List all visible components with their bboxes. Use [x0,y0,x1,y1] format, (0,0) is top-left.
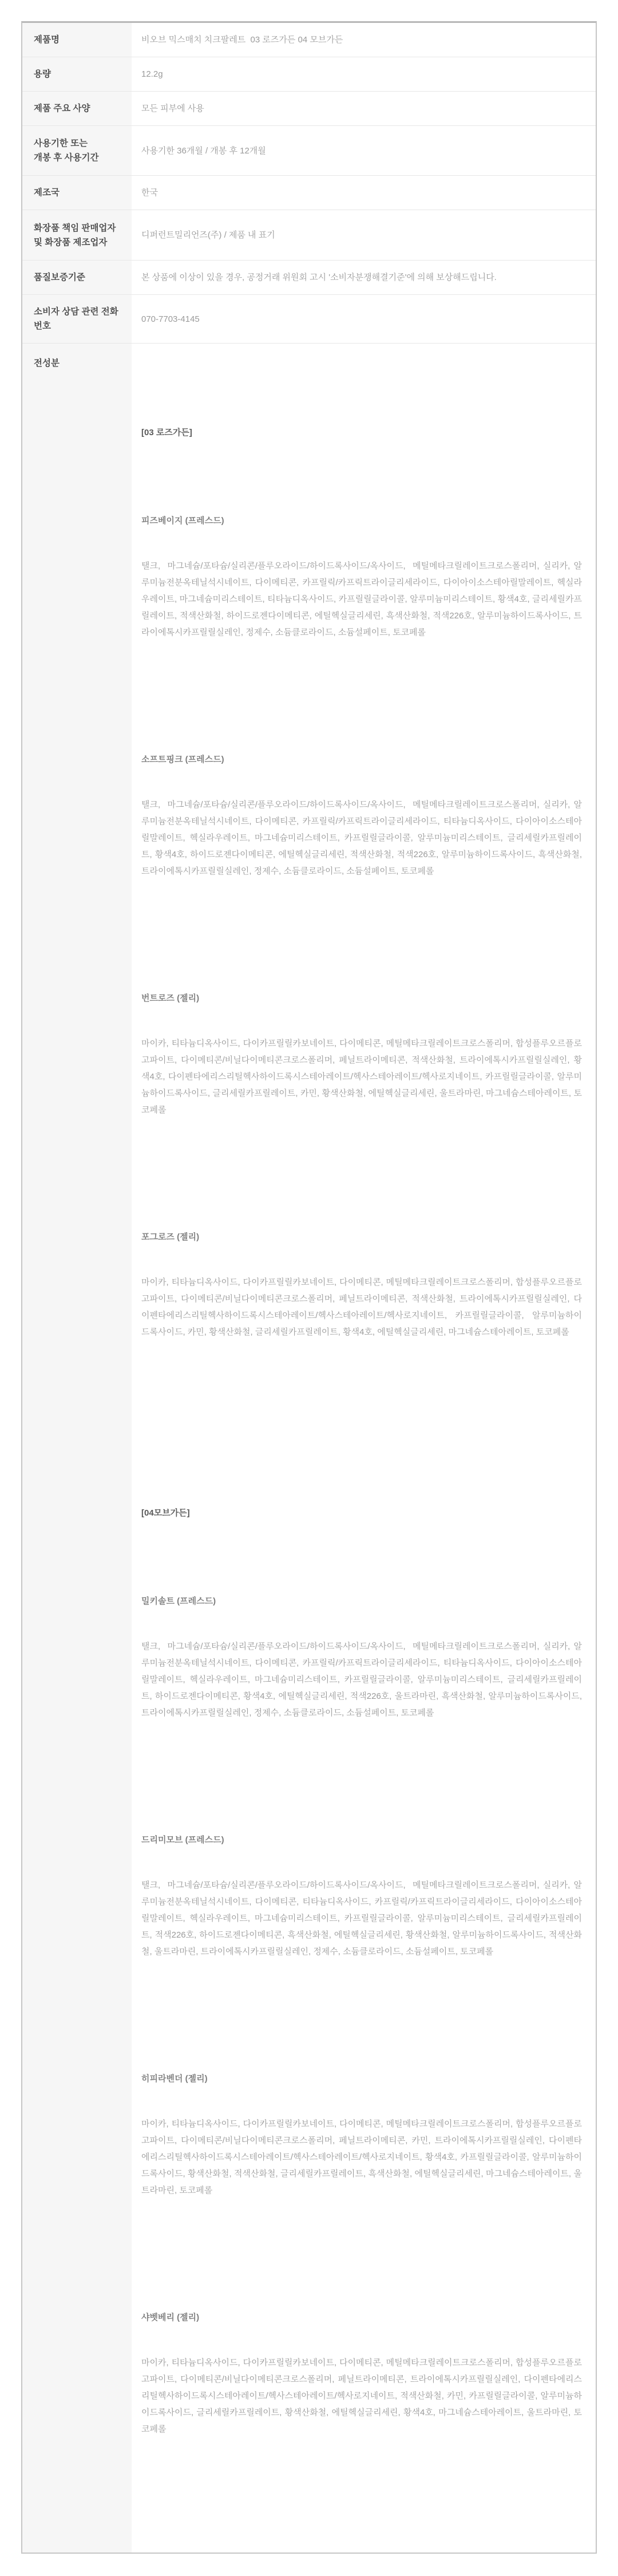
shade-milky-salt: 밀키솔트 (프레스드) 탤크, 마그네슘/포타슘/실리콘/플루오라이드/하이드록… [141,1564,582,1750]
ingredient-group-03-rose-garden: [03 로즈가든] 피즈베이지 (프레스드) 탤크, 마그네슘/포타슘/실리콘/… [141,396,582,1398]
row-value: 본 상품에 이상이 있을 경우, 공정거래 위원회 고시 '소비자분쟁해결기준'… [132,261,596,294]
shade-burnt-rose: 번트로즈 (젤리) 마이카, 티타늄디옥사이드, 다이카프릴릴카보네이트, 다이… [141,961,582,1147]
shade-ingredient-list: 탤크, 마그네슘/포타슘/실리콘/플루오라이드/하이드록사이드/옥사이드, 메틸… [141,1638,582,1721]
shade-name: 샤벳베리 (젤리) [141,2309,582,2326]
row-main-spec: 제품 주요 사양 모든 피부에 사용 [22,92,596,126]
ingredients-content: [03 로즈가든] 피즈베이지 (프레스드) 탤크, 마그네슘/포타슘/실리콘/… [132,344,596,2553]
row-label: 제품명 [22,23,132,57]
shade-name: 소프트핑크 (프레스드) [141,751,582,768]
row-value: 모든 피부에 사용 [132,92,596,125]
row-value: 사용기한 36개월 / 개봉 후 12개월 [132,126,596,175]
shade-dreamy-mauve: 드리미모브 (프레스드) 탤크, 마그네슘/포타슘/실리콘/플루오라이드/하이드… [141,1803,582,1989]
shade-ingredient-list: 탤크, 마그네슘/포타슘/실리콘/플루오라이드/하이드록사이드/옥사이드, 메틸… [141,796,582,879]
row-ingredients: 전성분 [03 로즈가든] 피즈베이지 (프레스드) 탤크, 마그네슘/포타슘/… [22,344,596,2553]
shade-ingredient-list: 마이카, 티타늄디옥사이드, 다이카프릴릴카보네이트, 다이메티콘, 메틸메타크… [141,2116,582,2199]
ingredient-group-title: [04모브가든] [141,1505,582,1521]
row-value: 12.2g [132,57,596,91]
row-label: 품질보증기준 [22,261,132,294]
shade-ingredient-list: 마이카, 티타늄디옥사이드, 다이카프릴릴카보네이트, 다이메티콘, 메틸메타크… [141,2354,582,2437]
row-value: 070-7703-4145 [132,295,596,343]
row-value: 비오브 믹스매치 치크팔레트 03 로즈가든 04 모브가든 [132,23,596,57]
row-value: 디퍼런트밀리언즈(주) / 제품 내 표기 [132,210,596,260]
ingredient-group-04-mauve-garden: [04모브가든] 밀키솔트 (프레스드) 탤크, 마그네슘/포타슘/실리콘/플루… [141,1476,582,2495]
shade-fog-rose: 포그로즈 (젤리) 마이카, 티타늄디옥사이드, 다이카프릴릴카보네이트, 다이… [141,1200,582,1369]
row-country: 제조국 한국 [22,176,596,210]
shade-ingredient-list: 탤크, 마그네슘/포타슘/실리콘/플루오라이드/하이드록사이드/옥사이드, 메틸… [141,558,582,641]
row-label: 소비자 상담 관련 전화번호 [22,295,132,343]
shade-name: 포그로즈 (젤리) [141,1229,582,1245]
row-seller-manufacturer: 화장품 책임 판매업자 및 화장품 제조업자 디퍼런트밀리언즈(주) / 제품 … [22,210,596,261]
shade-sherbet-berry: 샤벳베리 (젤리) 마이카, 티타늄디옥사이드, 다이카프릴릴카보네이트, 다이… [141,2281,582,2466]
shade-fizz-beige: 피즈베이지 (프레스드) 탤크, 마그네슘/포타슘/실리콘/플루오라이드/하이드… [141,484,582,669]
shade-name: 번트로즈 (젤리) [141,990,582,1007]
shade-hippie-lavender: 히피라벤더 (젤리) 마이카, 티타늄디옥사이드, 다이카프릴릴카보네이트, 다… [141,2042,582,2227]
shade-name: 피즈베이지 (프레스드) [141,512,582,529]
row-value: 한국 [132,176,596,210]
row-customer-service-phone: 소비자 상담 관련 전화번호 070-7703-4145 [22,295,596,344]
row-label: 제조국 [22,176,132,210]
row-label: 용량 [22,57,132,91]
shade-name: 드리미모브 (프레스드) [141,1832,582,1848]
ingredient-group-title: [03 로즈가든] [141,424,582,441]
row-label: 제품 주요 사양 [22,92,132,125]
shade-name: 히피라벤더 (젤리) [141,2070,582,2087]
shade-ingredient-list: 마이카, 티타늄디옥사이드, 다이카프릴릴카보네이트, 다이메티콘, 메틸메타크… [141,1035,582,1118]
shade-ingredient-list: 마이카, 티타늄디옥사이드, 다이카프릴릴카보네이트, 다이메티콘, 메틸메타크… [141,1274,582,1340]
shade-ingredient-list: 탤크, 마그네슘/포타슘/실리콘/플루오라이드/하이드록사이드/옥사이드, 메틸… [141,1877,582,1960]
row-volume: 용량 12.2g [22,57,596,92]
row-label: 전성분 [22,344,132,2553]
row-quality-guarantee: 품질보증기준 본 상품에 이상이 있을 경우, 공정거래 위원회 고시 '소비자… [22,261,596,295]
row-expiration: 사용기한 또는 개봉 후 사용기간 사용기한 36개월 / 개봉 후 12개월 [22,126,596,176]
product-info-table: 제품명 비오브 믹스매치 치크팔레트 03 로즈가든 04 모브가든 용량 12… [21,21,597,2554]
row-label: 화장품 책임 판매업자 및 화장품 제조업자 [22,210,132,260]
row-product-name: 제품명 비오브 믹스매치 치크팔레트 03 로즈가든 04 모브가든 [22,23,596,57]
shade-soft-pink: 소프트핑크 (프레스드) 탤크, 마그네슘/포타슘/실리콘/플루오라이드/하이드… [141,723,582,908]
shade-name: 밀키솔트 (프레스드) [141,1593,582,1609]
row-label: 사용기한 또는 개봉 후 사용기간 [22,126,132,175]
